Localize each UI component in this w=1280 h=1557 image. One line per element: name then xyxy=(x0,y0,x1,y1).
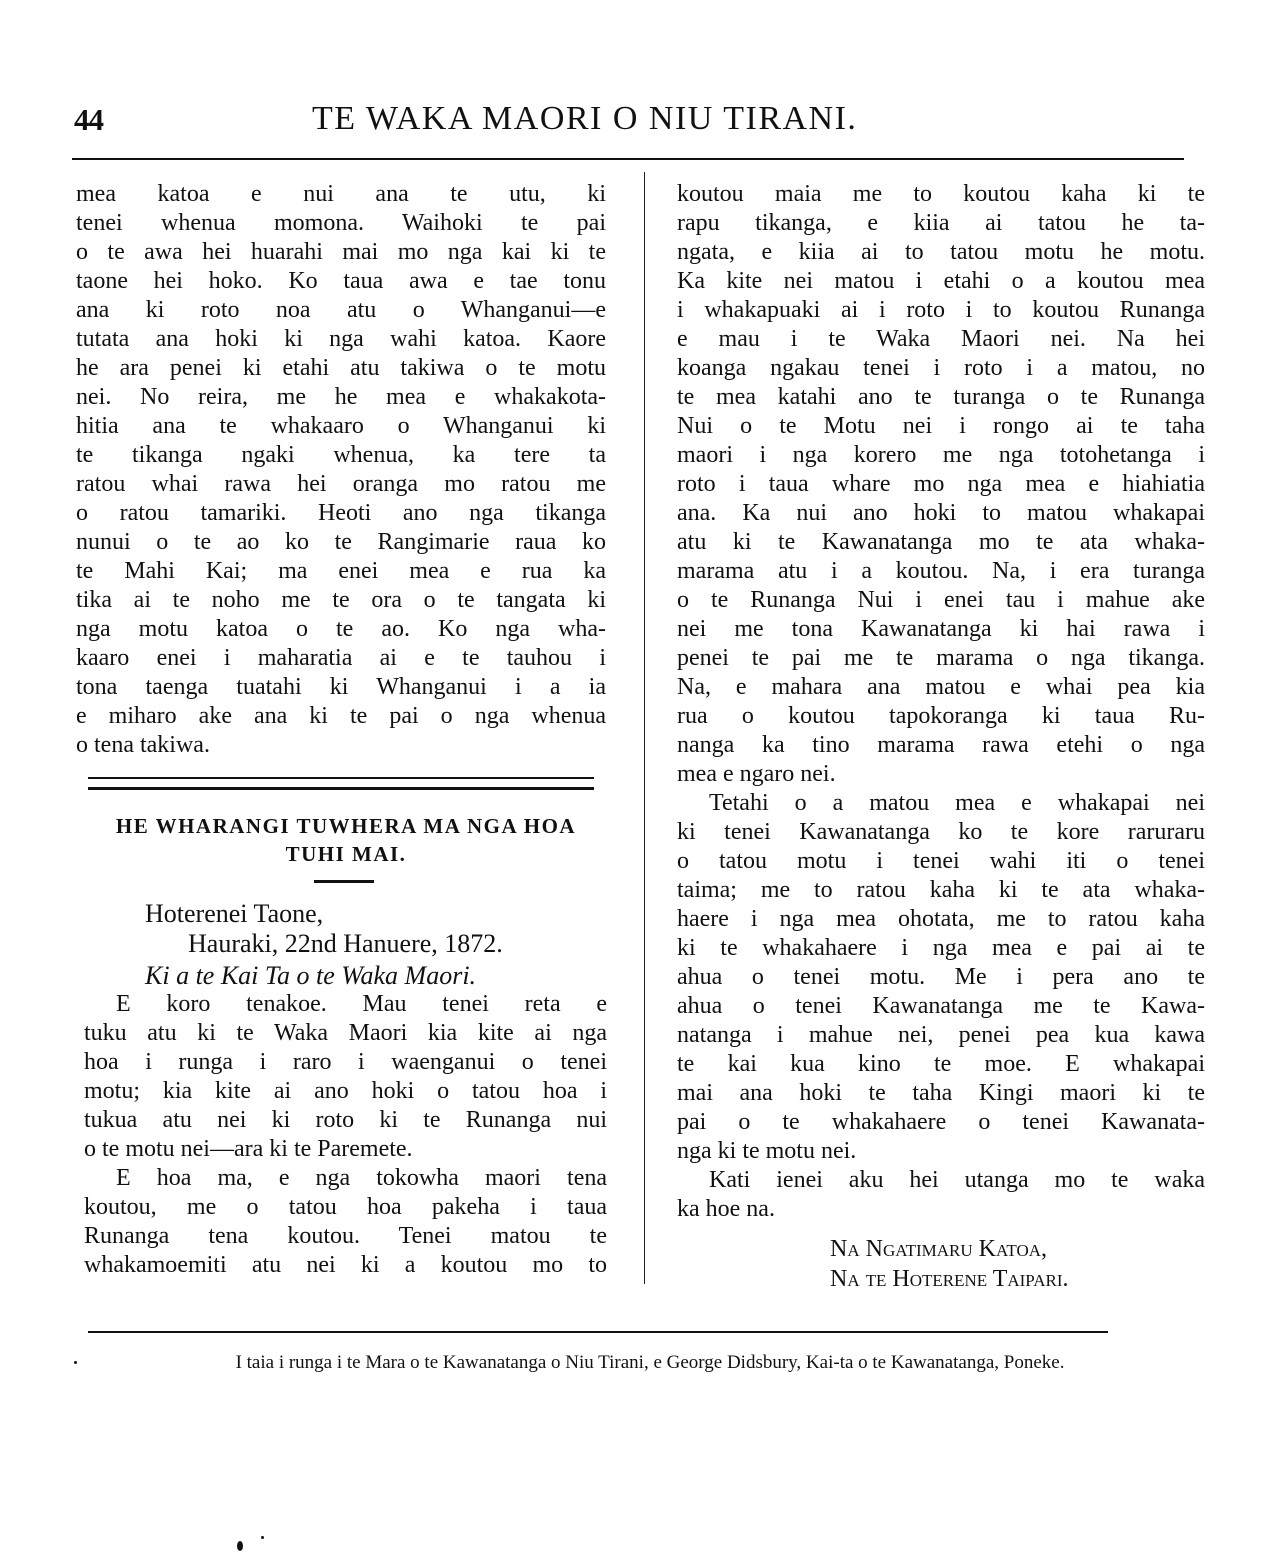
text-line: whakamoemiti atu nei ki a koutou mo to xyxy=(84,1251,607,1280)
text-line: koanga ngakau tenei i roto i a matou, no xyxy=(677,354,1205,383)
text-line: tutata ana hoki ki nga wahi katoa. Kaore xyxy=(76,325,606,354)
text-line: o te awa hei huarahi mai mo nga kai ki t… xyxy=(76,238,606,267)
text-line: marama atu i a koutou. Na, i era turanga xyxy=(677,557,1205,586)
text-line: ana ki roto noa atu o Whanganui—e xyxy=(76,296,606,325)
text-line: Nui o te Motu nei i rongo ai te taha xyxy=(677,412,1205,441)
text-line: nunui o te ao ko te Rangimarie raua ko xyxy=(76,528,606,557)
text-line: mea katoa e nui ana te utu, ki xyxy=(76,180,606,209)
printer-imprint: I taia i runga i te Mara o te Kawanatang… xyxy=(120,1350,1180,1376)
text-line: te Mahi Kai; ma enei mea e rua ka xyxy=(76,557,606,586)
text-line: ki te whakahaere i nga mea e pai ai te xyxy=(677,934,1205,963)
text-line: ka hoe na. xyxy=(677,1195,1205,1224)
page-number: 44 xyxy=(74,102,103,138)
text-line: e mau i te Waka Maori nei. Na hei xyxy=(677,325,1205,354)
text-line: atu ki te Kawanatanga mo te ata whaka- xyxy=(677,528,1205,557)
section-rule-bottom xyxy=(88,787,594,790)
text-line: o tena takiwa. xyxy=(76,731,606,760)
letter-body-right: koutou maia me to koutou kaha ki te rapu… xyxy=(677,180,1205,1224)
text-line: tona taenga tuatahi ki Whanganui i a ia xyxy=(76,673,606,702)
section-rule-top xyxy=(88,777,594,779)
text-line: o te motu nei—ara ki te Paremete. xyxy=(84,1135,607,1164)
text-line: koutou, me o tatou hoa pakeha i taua xyxy=(84,1193,607,1222)
text-line: roto i taua whare mo nga mea e hiahiatia xyxy=(677,470,1205,499)
text-line: Runanga tena koutou. Tenei matou te xyxy=(84,1222,607,1251)
letter-date: Hauraki, 22nd Hanuere, 1872. xyxy=(188,929,503,959)
text-line: ahua o tenei Kawanatanga me te Kawa- xyxy=(677,992,1205,1021)
text-line: rua o koutou tapokoranga ki taua Ru- xyxy=(677,702,1205,731)
letter-addressee: Ki a te Kai Ta o te Waka Maori. xyxy=(145,961,476,991)
text-line: E hoa ma, e nga tokowha maori tena xyxy=(84,1164,607,1193)
ink-speck xyxy=(74,1361,77,1364)
text-line: Tetahi o a matou mea e whakapai nei xyxy=(677,789,1205,818)
text-line: o ratou tamariki. Heoti ano nga tikanga xyxy=(76,499,606,528)
text-line: rapu tikanga, e kiia ai tatou he ta- xyxy=(677,209,1205,238)
text-line: tukua atu nei ki roto ki te Runanga nui xyxy=(84,1106,607,1135)
text-line: Na, e mahara ana matou e whai pea kia xyxy=(677,673,1205,702)
text-line: nei me tona Kawanatanga ki hai rawa i xyxy=(677,615,1205,644)
text-line: Ka kite nei matou i etahi o a koutou mea xyxy=(677,267,1205,296)
text-line: te tikanga ngaki whenua, ka tere ta xyxy=(76,441,606,470)
text-line: te kai kua kino te moe. E whakapai xyxy=(677,1050,1205,1079)
text-line: hitia ana te whakaaro o Whanganui ki xyxy=(76,412,606,441)
left-column-article: mea katoa e nui ana te utu, ki tenei whe… xyxy=(76,180,606,760)
text-line: Kati ienei aku hei utanga mo te waka xyxy=(677,1166,1205,1195)
heading-dash-rule xyxy=(314,880,374,883)
text-line: hoa i runga i raro i waenganui o tenei xyxy=(84,1048,607,1077)
text-line: mea e ngaro nei. xyxy=(677,760,1205,789)
text-line: nga ki te motu nei. xyxy=(677,1137,1205,1166)
section-heading: HE WHARANGI TUWHERA MA NGA HOA TUHI MAI. xyxy=(96,812,596,868)
letter-body-left: E koro tenakoe. Mau tenei reta e tuku at… xyxy=(84,990,607,1280)
text-line: nanga ka tino marama rawa etehi o nga xyxy=(677,731,1205,760)
header-rule xyxy=(72,158,1184,160)
text-line: he ara penei ki etahi atu takiwa o te mo… xyxy=(76,354,606,383)
signature-line-2: Na te Hoterene Taipari. xyxy=(830,1266,1068,1293)
text-line: maori i nga korero me nga totohetanga i xyxy=(677,441,1205,470)
text-line: e miharo ake ana ki te pai o nga whenua xyxy=(76,702,606,731)
text-line: te mea katahi ano te turanga o te Runang… xyxy=(677,383,1205,412)
text-line: ngata, e kiia ai to tatou motu he motu. xyxy=(677,238,1205,267)
text-line: natanga i mahue nei, penei pea kua kawa xyxy=(677,1021,1205,1050)
text-line: ana. Ka nui ano hoki to matou whakapai xyxy=(677,499,1205,528)
text-line: koutou maia me to koutou kaha ki te xyxy=(677,180,1205,209)
letter-place: Hoterenei Taone, xyxy=(145,899,323,929)
text-line: E koro tenakoe. Mau tenei reta e xyxy=(84,990,607,1019)
text-line: tika ai te noho me te ora o te tangata k… xyxy=(76,586,606,615)
footer-rule xyxy=(88,1331,1108,1333)
masthead-title: TE WAKA MAORI O NIU TIRANI. xyxy=(312,100,857,138)
text-line: tenei whenua momona. Waihoki te pai xyxy=(76,209,606,238)
text-line: ratou whai rawa hei oranga mo ratou me xyxy=(76,470,606,499)
signature-line-1: Na Ngatimaru Katoa, xyxy=(830,1236,1047,1263)
text-line: pai o te whakahaere o tenei Kawanata- xyxy=(677,1108,1205,1137)
text-line: nei. No reira, me he mea e whakakota- xyxy=(76,383,606,412)
text-line: taima; me to ratou kaha ki te ata whaka- xyxy=(677,876,1205,905)
text-line: tuku atu ki te Waka Maori kia kite ai ng… xyxy=(84,1019,607,1048)
ink-speck xyxy=(237,1541,243,1551)
text-line: motu; kia kite ai ano hoki o tatou hoa i xyxy=(84,1077,607,1106)
text-line: haere i nga mea ohotata, me to ratou kah… xyxy=(677,905,1205,934)
column-divider xyxy=(644,172,645,1284)
text-line: o te Runanga Nui i enei tau i mahue ake xyxy=(677,586,1205,615)
text-line: kaaro enei i maharatia ai e te tauhou i xyxy=(76,644,606,673)
text-line: mai ana hoki te taha Kingi maori ki te xyxy=(677,1079,1205,1108)
text-line: ahua o tenei motu. Me i pera ano te xyxy=(677,963,1205,992)
text-line: o tatou motu i tenei wahi iti o tenei xyxy=(677,847,1205,876)
ink-speck xyxy=(261,1536,264,1539)
text-line: i whakapuaki ai i roto i to koutou Runan… xyxy=(677,296,1205,325)
text-line: nga motu katoa o te ao. Ko nga wha- xyxy=(76,615,606,644)
text-line: ki tenei Kawanatanga ko te kore raruraru xyxy=(677,818,1205,847)
text-line: penei te pai me te marama o nga tikanga. xyxy=(677,644,1205,673)
text-line: taone hei hoko. Ko taua awa e tae tonu xyxy=(76,267,606,296)
